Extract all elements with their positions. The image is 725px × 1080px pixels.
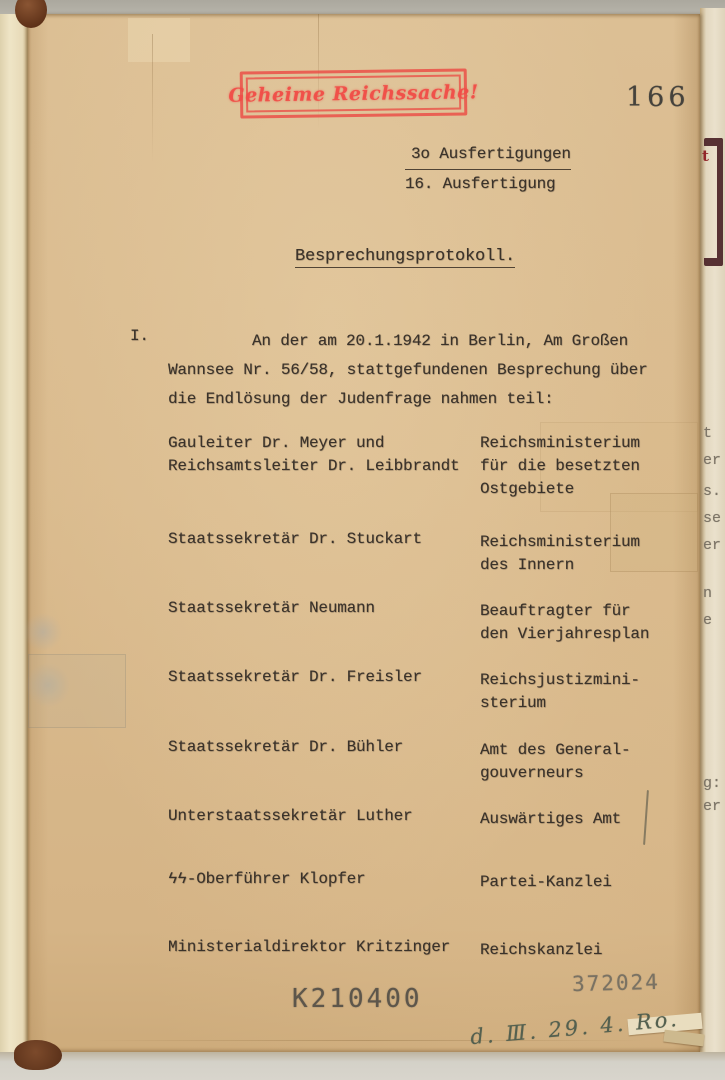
edge-text-fragment: g: [703,775,721,792]
tape-mark [128,18,190,62]
attendee-row: Staatssekretär Dr. Stuckart Reichsminist… [168,528,702,577]
intro-paragraph: An der am 20.1.1942 in Berlin, Am Großen… [168,327,647,414]
edge-text-fragment: se [703,510,721,527]
intro-line: die Endlösung der Judenfrage nahmen teil… [168,385,647,414]
attendee-row: Staatssekretär Dr. Bühler Amt des Genera… [168,736,702,785]
edge-text-fragment: e [703,612,712,629]
handwritten-annotation: d. Ⅲ. 29. 4. Ro. [469,1007,680,1049]
attendee-row: Unterstaatssekretär Luther Auswärtiges A… [168,805,702,831]
attendee-row: Gauleiter Dr. Meyer und Reichsamtsleiter… [168,432,702,501]
scanner-background-top [0,0,725,14]
attendee-organization: Auswärtiges Amt [480,805,702,831]
edge-text-fragment: s. [703,483,721,500]
edge-text-fragment: t [703,425,712,442]
attendee-name: ϟϟ-Oberführer Klopfer [168,868,480,894]
attendee-row: Staatssekretär Neumann Beauftragter für … [168,597,702,646]
copy-number: 16. Ausfertigung [405,175,555,193]
edge-text-fragment: er [703,452,721,469]
attendee-name: Staatssekretär Dr. Bühler [168,736,480,785]
attendee-name: Unterstaatssekretär Luther [168,805,480,831]
attendee-name: Staatssekretär Dr. Freisler [168,666,480,715]
attendee-organization: Beauftragter für den Vierjahresplan [480,597,702,646]
stamp-text: Geheime Reichssache! [228,81,479,106]
binder-left-page-edge [0,0,28,1080]
edge-text-fragment: er [703,798,721,815]
attendee-organization: Partei-Kanzlei [480,868,702,894]
page-number: 166 [626,82,690,113]
binding-bottom-mark [14,1040,62,1070]
attendee-name: Ministerialdirektor Kritzinger [168,936,480,962]
stamp-inner-border: Geheime Reichssache! [246,75,461,113]
attendee-row: Ministerialdirektor Kritzinger Reichskan… [168,936,702,962]
attendee-organization: Reichsjustizmini- sterium [480,666,702,715]
intro-line: Wannsee Nr. 56/58, stattgefundenen Bespr… [168,356,647,385]
section-numeral: I. [130,327,149,345]
geheime-reichssache-stamp: Geheime Reichssache! [240,68,468,118]
intro-line: An der am 20.1.1942 in Berlin, Am Großen [168,327,647,356]
attendee-row: ϟϟ-Oberführer Klopfer Partei-Kanzlei [168,868,702,894]
document-title-text: Besprechungsprotokoll. [295,247,515,268]
attendee-name: Staatssekretär Dr. Stuckart [168,528,480,577]
archive-stamp-k: K210400 [292,984,423,1014]
stain-mark [24,612,62,652]
document-page: Geheime Reichssache! 166 3o Ausfertigung… [28,14,700,1052]
attendee-organization: Reichskanzlei [480,936,702,962]
attendee-row: Staatssekretär Dr. Freisler Reichsjustiz… [168,666,702,715]
edge-text-fragment: er [703,537,721,554]
bleed-through-stamp-letter: t [702,147,709,165]
attendee-organization: Amt des General- gouverneurs [480,736,702,785]
attendee-organization: Reichsministerium für die besetzten Ostg… [480,432,702,501]
document-title: Besprechungsprotokoll. [295,247,515,268]
archive-stamp-number: 372024 [572,970,660,996]
next-page-edge: t t er s. se er n e g: er [700,8,725,1066]
distribution-note: 3o Ausfertigungen 16. Ausfertigung [405,140,571,198]
torn-edge [663,1030,704,1047]
attendee-name: Staatssekretär Neumann [168,597,480,646]
paper-crease [152,34,153,164]
embossed-stamp-impression [28,654,126,728]
scanner-background-bottom [0,1052,725,1080]
attendee-name: Gauleiter Dr. Meyer und Reichsamtsleiter… [168,432,480,501]
edge-text-fragment: n [703,585,712,602]
copies-total: 3o Ausfertigungen [405,140,571,170]
attendee-organization: Reichsministerium des Innern [480,528,702,577]
